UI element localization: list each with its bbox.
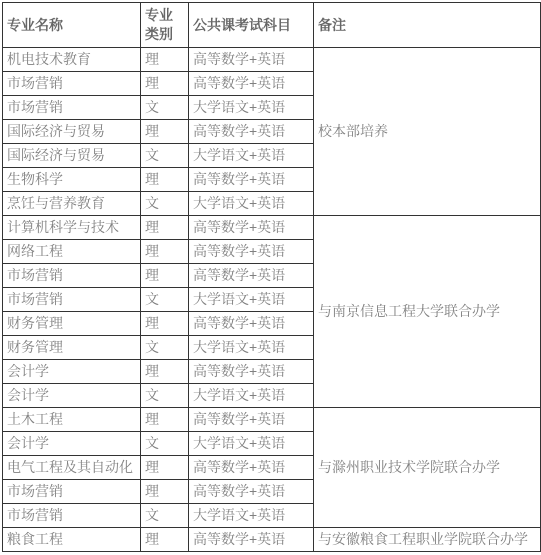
category-cell: 文 — [141, 384, 189, 408]
subjects-cell: 高等数学+英语 — [189, 72, 314, 96]
table-row: 机电技术教育理高等数学+英语校本部培养 — [3, 48, 541, 72]
subjects-cell: 大学语文+英语 — [189, 96, 314, 120]
major-cell: 网络工程 — [3, 240, 141, 264]
subjects-cell: 高等数学+英语 — [189, 264, 314, 288]
subjects-cell: 高等数学+英语 — [189, 48, 314, 72]
subjects-cell: 高等数学+英语 — [189, 312, 314, 336]
major-cell: 烹饪与营养教育 — [3, 192, 141, 216]
category-cell: 理 — [141, 120, 189, 144]
category-cell: 理 — [141, 264, 189, 288]
category-cell: 文 — [141, 192, 189, 216]
category-cell: 理 — [141, 216, 189, 240]
header-subjects: 公共课考试科目 — [189, 3, 314, 48]
major-cell: 财务管理 — [3, 312, 141, 336]
subjects-cell: 大学语文+英语 — [189, 144, 314, 168]
category-cell: 理 — [141, 456, 189, 480]
category-cell: 理 — [141, 528, 189, 552]
table-header: 专业名称 专业类别 公共课考试科目 备注 — [3, 3, 541, 48]
major-cell: 会计学 — [3, 432, 141, 456]
note-cell: 与滁州职业技术学院联合办学 — [314, 408, 541, 528]
category-cell: 文 — [141, 96, 189, 120]
majors-table: 专业名称 专业类别 公共课考试科目 备注 机电技术教育理高等数学+英语校本部培养… — [2, 2, 541, 552]
subjects-cell: 高等数学+英语 — [189, 360, 314, 384]
major-cell: 财务管理 — [3, 336, 141, 360]
category-cell: 文 — [141, 336, 189, 360]
category-cell: 理 — [141, 480, 189, 504]
table-row: 计算机科学与技术理高等数学+英语与南京信息工程大学联合办学 — [3, 216, 541, 240]
table-row: 粮食工程理高等数学+英语与安徽粮食工程职业学院联合办学 — [3, 528, 541, 552]
header-category: 专业类别 — [141, 3, 189, 48]
note-cell: 与南京信息工程大学联合办学 — [314, 216, 541, 408]
major-cell: 生物科学 — [3, 168, 141, 192]
table-body: 机电技术教育理高等数学+英语校本部培养市场营销理高等数学+英语市场营销文大学语文… — [3, 48, 541, 552]
subjects-cell: 大学语文+英语 — [189, 384, 314, 408]
major-cell: 市场营销 — [3, 504, 141, 528]
major-cell: 市场营销 — [3, 480, 141, 504]
category-cell: 理 — [141, 360, 189, 384]
note-cell: 校本部培养 — [314, 48, 541, 216]
subjects-cell: 高等数学+英语 — [189, 120, 314, 144]
category-cell: 文 — [141, 504, 189, 528]
major-cell: 电气工程及其自动化 — [3, 456, 141, 480]
category-cell: 理 — [141, 240, 189, 264]
subjects-cell: 大学语文+英语 — [189, 336, 314, 360]
major-cell: 市场营销 — [3, 72, 141, 96]
major-cell: 市场营销 — [3, 96, 141, 120]
subjects-cell: 高等数学+英语 — [189, 480, 314, 504]
subjects-cell: 大学语文+英语 — [189, 432, 314, 456]
header-major: 专业名称 — [3, 3, 141, 48]
category-cell: 理 — [141, 48, 189, 72]
table-row: 土木工程理高等数学+英语与滁州职业技术学院联合办学 — [3, 408, 541, 432]
subjects-cell: 大学语文+英语 — [189, 288, 314, 312]
major-cell: 市场营销 — [3, 288, 141, 312]
category-cell: 文 — [141, 288, 189, 312]
major-cell: 计算机科学与技术 — [3, 216, 141, 240]
major-cell: 会计学 — [3, 360, 141, 384]
category-cell: 文 — [141, 144, 189, 168]
major-cell: 市场营销 — [3, 264, 141, 288]
subjects-cell: 高等数学+英语 — [189, 168, 314, 192]
subjects-cell: 高等数学+英语 — [189, 240, 314, 264]
note-cell: 与安徽粮食工程职业学院联合办学 — [314, 528, 541, 552]
major-cell: 粮食工程 — [3, 528, 141, 552]
major-cell: 国际经济与贸易 — [3, 144, 141, 168]
major-cell: 会计学 — [3, 384, 141, 408]
major-cell: 土木工程 — [3, 408, 141, 432]
subjects-cell: 大学语文+英语 — [189, 192, 314, 216]
subjects-cell: 高等数学+英语 — [189, 456, 314, 480]
subjects-cell: 高等数学+英语 — [189, 528, 314, 552]
major-cell: 机电技术教育 — [3, 48, 141, 72]
category-cell: 文 — [141, 432, 189, 456]
header-note: 备注 — [314, 3, 541, 48]
subjects-cell: 高等数学+英语 — [189, 216, 314, 240]
category-cell: 理 — [141, 168, 189, 192]
category-cell: 理 — [141, 312, 189, 336]
major-cell: 国际经济与贸易 — [3, 120, 141, 144]
category-cell: 理 — [141, 408, 189, 432]
subjects-cell: 高等数学+英语 — [189, 408, 314, 432]
subjects-cell: 大学语文+英语 — [189, 504, 314, 528]
header-row: 专业名称 专业类别 公共课考试科目 备注 — [3, 3, 541, 48]
category-cell: 理 — [141, 72, 189, 96]
